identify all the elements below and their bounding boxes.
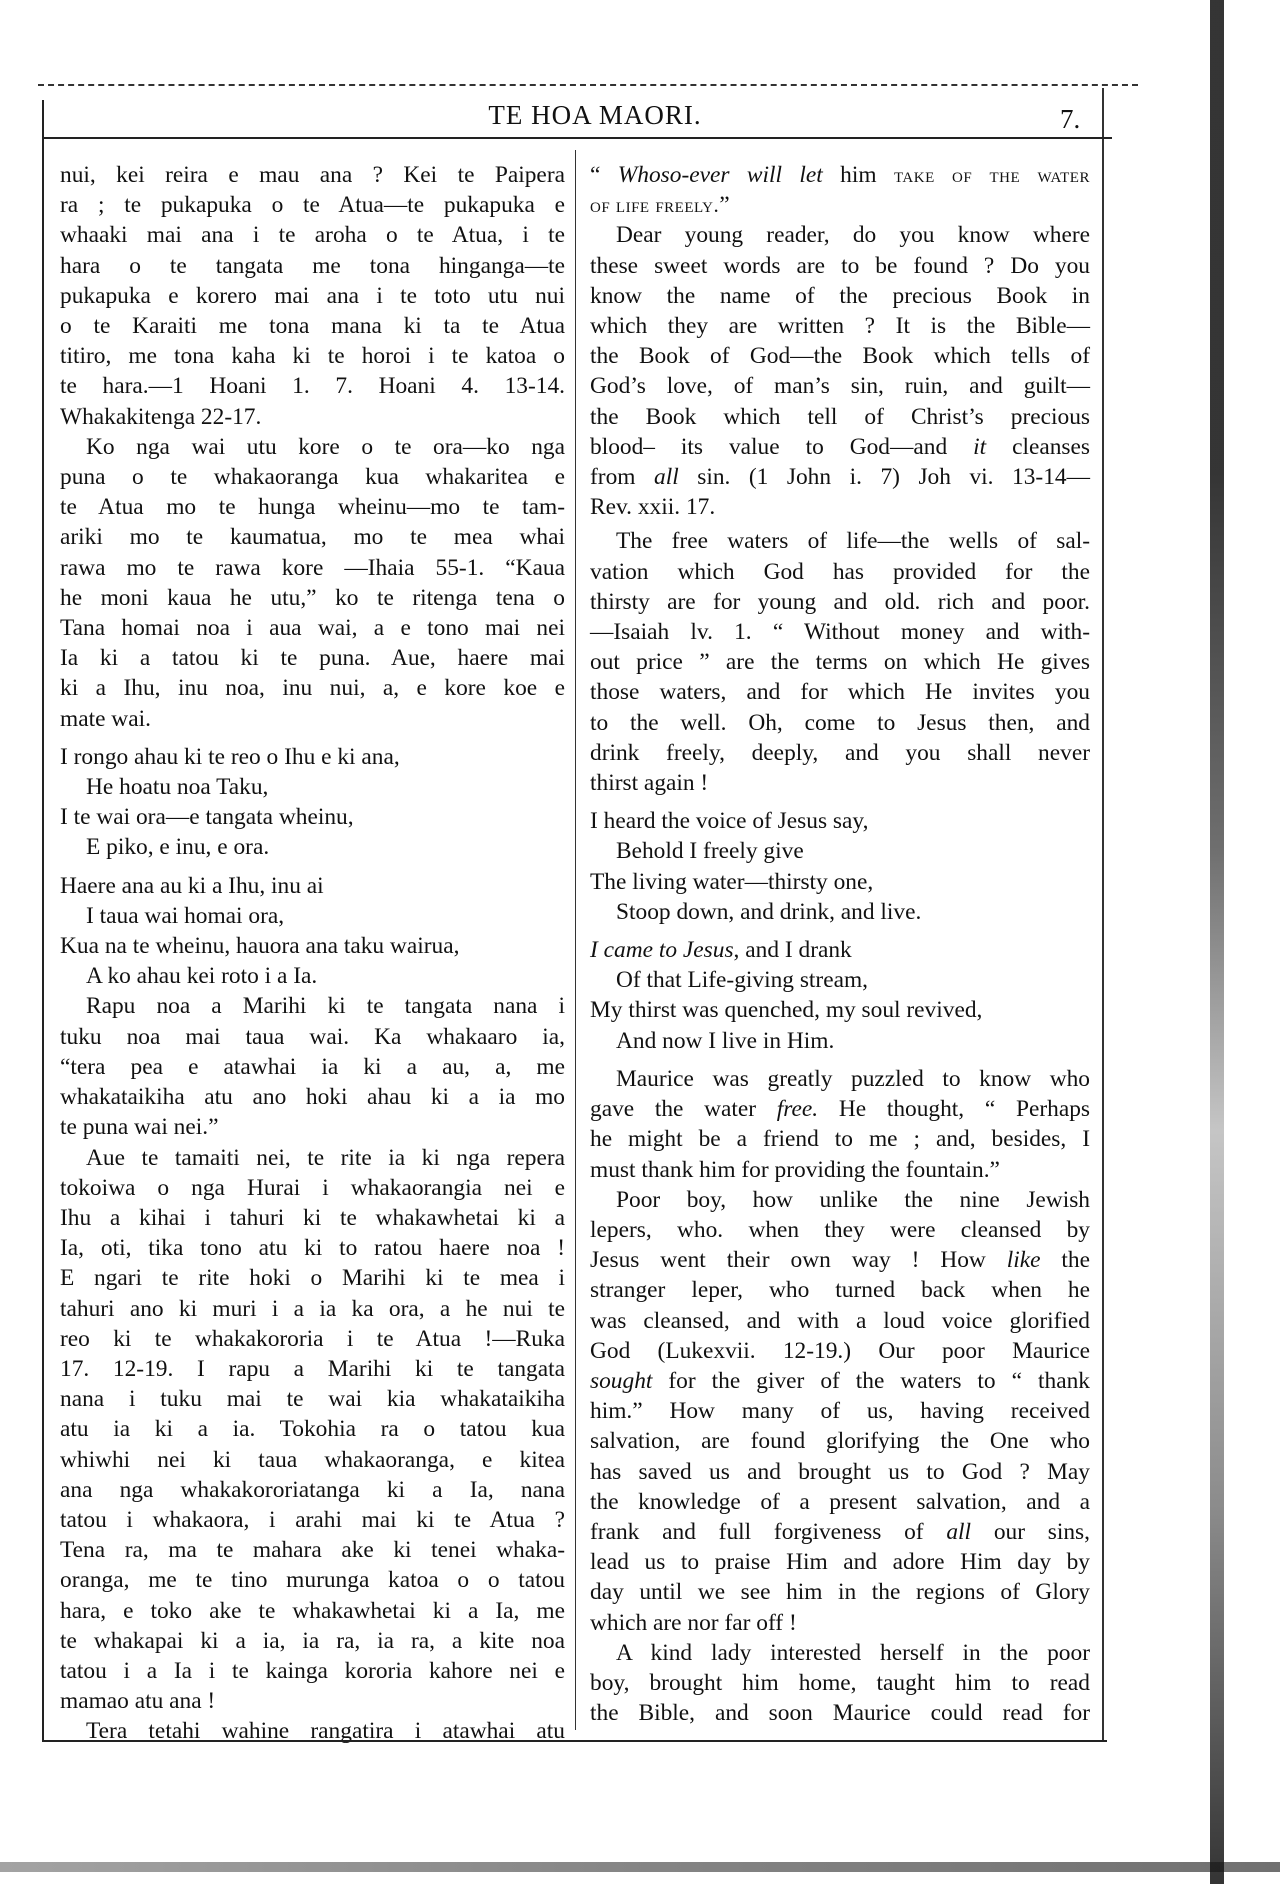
text-line: know the name of the precious Book in — [590, 281, 1090, 311]
text-line: must thank him for providing the fountai… — [590, 1155, 1090, 1185]
text-line: te puna wai nei.” — [60, 1112, 565, 1142]
text-segment: Jesus went their own way ! How — [590, 1247, 1007, 1273]
right-verse-1: I heard the voice of Jesus say, Behold I… — [590, 806, 1090, 927]
text-line: atu ia ki a ia. Tokohia ra o tatou kua — [60, 1414, 565, 1444]
epigraph-line: of life freely.” — [590, 190, 1090, 220]
text-line: God’s love, of man’s sin, ruin, and guil… — [590, 371, 1090, 401]
text-line: day until we see him in the regions of G… — [590, 1577, 1090, 1607]
text-line: mamao atu ana ! — [60, 1686, 565, 1716]
text-line: Whakakitenga 22-17. — [60, 402, 565, 432]
italic-emphasis: all — [654, 464, 679, 490]
verse-line: Kua na te wheinu, hauora ana taku wairua… — [60, 931, 565, 961]
left-verse-1: I rongo ahau ki te reo o Ihu e ki ana, H… — [60, 742, 565, 863]
epigraph-line: “ Whoso-ever will let him take of the wa… — [590, 160, 1090, 190]
text-line: Tera tetahi wahine rangatira i atawhai a… — [60, 1716, 565, 1746]
text-line: Ko nga wai utu kore o te ora—ko nga — [60, 432, 565, 462]
text-line: reo ki te whakakororia i te Atua !—Ruka — [60, 1324, 565, 1354]
text-segment: He thought, “ Perhaps — [818, 1096, 1090, 1122]
italic-emphasis: sought — [590, 1368, 652, 1394]
text-line: which they are written ? It is the Bible… — [590, 311, 1090, 341]
text-line: sought for the giver of the waters to “ … — [590, 1366, 1090, 1396]
text-segment: blood– its value to God—and — [590, 434, 973, 460]
text-line: whaaki mai ana i te aroha o te Atua, i t… — [60, 220, 565, 250]
text-line: Tana homai noa i aua wai, a e tono mai n… — [60, 613, 565, 643]
text-line: from all sin. (1 John i. 7) Joh vi. 13-1… — [590, 462, 1090, 492]
text-line: whakataikiha atu ano hoki ahau ki a ia m… — [60, 1082, 565, 1112]
text-line: nana i tuku mai te wai kia whakataikiha — [60, 1384, 565, 1414]
verse-line: I heard the voice of Jesus say, — [590, 806, 1090, 836]
left-column: nui, kei reira e mau ana ? Kei te Paiper… — [60, 160, 565, 1747]
text-line: ki a Ihu, inu noa, inu nui, a, e kore ko… — [60, 673, 565, 703]
text-line: the Book which tell of Christ’s precious — [590, 402, 1090, 432]
text-line: The free waters of life—the wells of sal… — [590, 526, 1090, 556]
text-line: he might be a friend to me ; and, beside… — [590, 1124, 1090, 1154]
column-divider — [575, 150, 576, 1730]
verse-line: He hoatu noa Taku, — [60, 772, 565, 802]
text-line: titiro, me tona kaha ki te horoi i te ka… — [60, 341, 565, 371]
italic-emphasis: like — [1007, 1247, 1041, 1273]
text-line: “tera pea e atawhai ia ki a au, a, me — [60, 1052, 565, 1082]
text-line: Poor boy, how unlike the nine Jewish — [590, 1185, 1090, 1215]
right-verse-2: I came to Jesus, and I drank Of that Lif… — [590, 935, 1090, 1056]
verse-line: I came to Jesus, and I drank — [590, 935, 1090, 965]
top-rule — [38, 84, 1138, 86]
right-paragraph-4: Poor boy, how unlike the nine Jewish lep… — [590, 1185, 1090, 1638]
text-line: —Isaiah lv. 1. “ Without money and with- — [590, 617, 1090, 647]
text-line: these sweet words are to be found ? Do y… — [590, 251, 1090, 281]
text-line: boy, brought him home, taught him to rea… — [590, 1668, 1090, 1698]
text-segment: the — [1040, 1247, 1090, 1273]
verse-line: A ko ahau kei roto i a Ia. — [60, 961, 565, 991]
text-line: 17. 12-19. I rapu a Marihi ki te tangata — [60, 1354, 565, 1384]
text-line: A kind lady interested herself in the po… — [590, 1638, 1090, 1668]
text-line: has saved us and brought us to God ? May — [590, 1457, 1090, 1487]
verse-line: I taua wai homai ora, — [60, 901, 565, 931]
epigraph: “ Whoso-ever will let him take of the wa… — [590, 160, 1090, 220]
header-rule — [42, 137, 1112, 139]
text-line: rawa mo te rawa kore —Ihaia 55-1. “Kaua — [60, 553, 565, 583]
page-number: 7. — [1060, 104, 1080, 135]
text-line: frank and full forgiveness of all our si… — [590, 1517, 1090, 1547]
text-line: gave the water free. He thought, “ Perha… — [590, 1094, 1090, 1124]
text-line: Maurice was greatly puzzled to know who — [590, 1064, 1090, 1094]
text-line: tokoiwa o nga Hurai i whakaorangia nei e — [60, 1173, 565, 1203]
text-line: lepers, who. when they were cleansed by — [590, 1215, 1090, 1245]
left-verse-2: Haere ana au ki a Ihu, inu ai I taua wai… — [60, 871, 565, 992]
text-segment: from — [590, 464, 654, 490]
text-line: the Book of God—the Book which tells of — [590, 341, 1090, 371]
text-line: tatou i a Ia i te kainga kororia kahore … — [60, 1656, 565, 1686]
right-paragraph-3: Maurice was greatly puzzled to know who … — [590, 1064, 1090, 1185]
text-line: pukapuka e korero mai ana i te toto utu … — [60, 281, 565, 311]
verse-line: E piko, e inu, e ora. — [60, 832, 565, 862]
text-line: to the well. Oh, come to Jesus then, and — [590, 708, 1090, 738]
text-line: Aue te tamaiti nei, te rite ia ki nga re… — [60, 1143, 565, 1173]
text-line: vation which God has provided for the — [590, 557, 1090, 587]
text-segment: gave the water — [590, 1096, 777, 1122]
epigraph-smallcaps: take of the water — [894, 163, 1090, 187]
verse-line: Haere ana au ki a Ihu, inu ai — [60, 871, 565, 901]
text-line: salvation, are found glorifying the One … — [590, 1426, 1090, 1456]
text-line: nui, kei reira e mau ana ? Kei te Paiper… — [60, 160, 565, 190]
text-line: thirsty are for young and old. rich and … — [590, 587, 1090, 617]
verse-line: I te wai ora—e tangata wheinu, — [60, 802, 565, 832]
text-line: blood– its value to God—and it cleanses — [590, 432, 1090, 462]
text-line: hara o te tangata me tona hinganga—te — [60, 251, 565, 281]
text-line: te Atua mo te hunga wheinu—mo te tam- — [60, 492, 565, 522]
italic-emphasis: all — [946, 1519, 971, 1545]
verse-line: The living water—thirsty one, — [590, 867, 1090, 897]
text-segment: sin. (1 John i. 7) Joh vi. 13-14— — [679, 464, 1090, 490]
left-paragraph-5: Tera tetahi wahine rangatira i atawhai a… — [60, 1716, 565, 1746]
text-line: lead us to praise Him and adore Him day … — [590, 1547, 1090, 1577]
text-line: out price ” are the terms on which He gi… — [590, 647, 1090, 677]
bottom-rule — [42, 1740, 1107, 1742]
close-quote: ” — [719, 192, 729, 218]
text-line: God (Lukexvii. 12-19.) Our poor Maurice — [590, 1336, 1090, 1366]
text-line: Ihu a kihai i tahuri ki te whakawhetai k… — [60, 1203, 565, 1233]
text-line: ra ; te pukapuka o te Atua—te pukapuka e — [60, 190, 565, 220]
text-line: o te Karaiti me tona mana ki ta te Atua — [60, 311, 565, 341]
text-line: stranger leper, who turned back when he — [590, 1275, 1090, 1305]
text-line: Tena ra, ma te mahara ake ki tenei whaka… — [60, 1535, 565, 1565]
text-line: whiwhi nei ki taua whakaoranga, e kitea — [60, 1445, 565, 1475]
text-line: was cleansed, and with a loud voice glor… — [590, 1306, 1090, 1336]
verse-line: Behold I freely give — [590, 836, 1090, 866]
right-paragraph-5: A kind lady interested herself in the po… — [590, 1638, 1090, 1729]
right-border — [1102, 88, 1104, 1740]
text-segment: cleanses — [986, 434, 1090, 460]
text-line: tatou i whakaora, i arahi mai ki te Atua… — [60, 1505, 565, 1535]
text-line: te hara.—1 Hoani 1. 7. Hoani 4. 13-14. — [60, 371, 565, 401]
text-line: thirst again ! — [590, 768, 1090, 798]
epigraph-plain: him — [823, 162, 894, 188]
text-line: drink freely, deeply, and you shall neve… — [590, 738, 1090, 768]
left-paragraph-4: Aue te tamaiti nei, te rite ia ki nga re… — [60, 1143, 565, 1717]
text-line: which are nor far off ! — [590, 1608, 1090, 1638]
italic-emphasis: free. — [777, 1096, 818, 1122]
text-line: ana nga whakakororiatanga ki a Ia, nana — [60, 1475, 565, 1505]
text-line: Dear young reader, do you know where — [590, 220, 1090, 250]
verse-line: My thirst was quenched, my soul revived, — [590, 995, 1090, 1025]
text-line: Ia ki a tatou ki te puna. Aue, haere mai — [60, 643, 565, 673]
open-quote: “ — [590, 162, 618, 188]
running-title: TE HOA MAORI. — [470, 100, 720, 131]
italic-emphasis: I came to Jesus — [590, 937, 734, 963]
scan-bottom-edge — [0, 1862, 1280, 1872]
text-line: he moni kaua he utu,” ko te ritenga tena… — [60, 583, 565, 613]
text-line: ariki mo te kaumatua, mo te mea whai — [60, 522, 565, 552]
text-line: hara, e toko ake te whakawhetai ki a Ia,… — [60, 1596, 565, 1626]
left-paragraph-2: Ko nga wai utu kore o te ora—ko nga puna… — [60, 432, 565, 734]
left-paragraph-3: Rapu noa a Marihi ki te tangata nana i t… — [60, 991, 565, 1142]
text-line: E ngari te rite hoki o Marihi ki te mea … — [60, 1263, 565, 1293]
text-line: te whakapai ki a ia, ia ra, ia ra, a kit… — [60, 1626, 565, 1656]
right-column: “ Whoso-ever will let him take of the wa… — [590, 160, 1090, 1728]
text-line: puna o te whakaoranga kua whakaritea e — [60, 462, 565, 492]
verse-line: I rongo ahau ki te reo o Ihu e ki ana, — [60, 742, 565, 772]
right-paragraph-1: Dear young reader, do you know where the… — [590, 220, 1090, 522]
text-segment: frank and full forgiveness of — [590, 1519, 946, 1545]
text-line: those waters, and for which He invites y… — [590, 677, 1090, 707]
italic-emphasis: it — [973, 434, 986, 460]
verse-line: And now I live in Him. — [590, 1026, 1090, 1056]
text-segment: our sins, — [971, 1519, 1090, 1545]
text-line: Rapu noa a Marihi ki te tangata nana i — [60, 991, 565, 1021]
epigraph-smallcaps: of life freely. — [590, 193, 719, 217]
verse-line: Stoop down, and drink, and live. — [590, 897, 1090, 927]
text-line: Jesus went their own way ! How like the — [590, 1245, 1090, 1275]
text-line: the knowledge of a present salvation, an… — [590, 1487, 1090, 1517]
text-line: the Bible, and soon Maurice could read f… — [590, 1698, 1090, 1728]
left-paragraph-1: nui, kei reira e mau ana ? Kei te Paiper… — [60, 160, 565, 432]
text-line: him.” How many of us, having received — [590, 1396, 1090, 1426]
right-paragraph-2: The free waters of life—the wells of sal… — [590, 526, 1090, 798]
text-line: tahuri ano ki muri i a ia ka ora, a he n… — [60, 1294, 565, 1324]
text-line: mate wai. — [60, 704, 565, 734]
epigraph-italic: Whoso-ever will let — [618, 162, 823, 188]
text-line: tuku noa mai taua wai. Ka whakaaro ia, — [60, 1022, 565, 1052]
text-segment: , and I drank — [734, 937, 852, 963]
text-line: oranga, me te tino murunga katoa o o tat… — [60, 1565, 565, 1595]
scan-binding-shadow — [1210, 0, 1224, 1884]
text-line: Rev. xxii. 17. — [590, 492, 1090, 522]
verse-line: Of that Life-giving stream, — [590, 965, 1090, 995]
text-line: Ia, oti, tika tono atu ki to ratou haere… — [60, 1233, 565, 1263]
text-segment: for the giver of the waters to “ thank — [652, 1368, 1090, 1394]
